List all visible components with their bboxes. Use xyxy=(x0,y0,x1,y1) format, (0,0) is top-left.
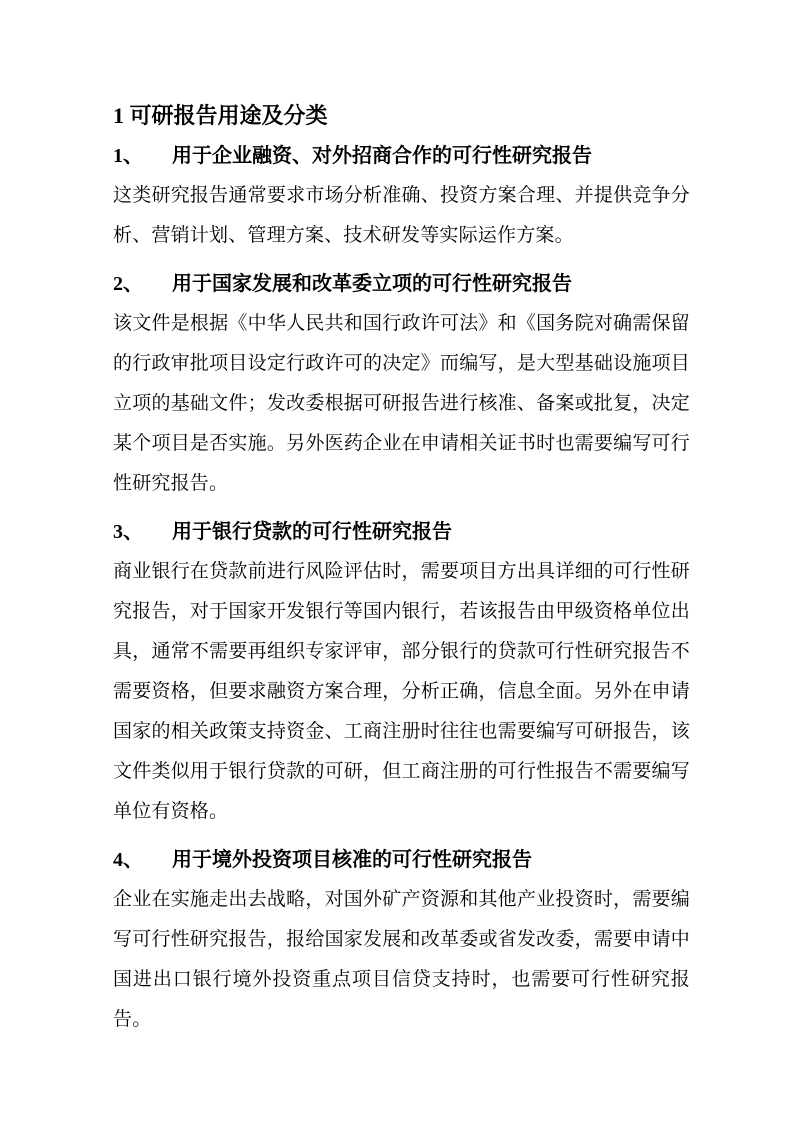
report-type-section: 2、用于国家发展和改革委立项的可行性研究报告 该文件是根据《中华人民共和国行政许… xyxy=(113,264,690,504)
sections-container: 1、用于企业融资、对外招商合作的可行性研究报告 这类研究报告通常要求市场分析准确… xyxy=(113,136,690,1040)
document-page: 1 可研报告用途及分类 1、用于企业融资、对外招商合作的可行性研究报告 这类研究… xyxy=(0,0,793,1122)
report-type-section: 1、用于企业融资、对外招商合作的可行性研究报告 这类研究报告通常要求市场分析准确… xyxy=(113,136,690,256)
section-heading-text: 用于企业融资、对外招商合作的可行性研究报告 xyxy=(172,145,592,167)
page-title: 1 可研报告用途及分类 xyxy=(113,96,690,136)
section-heading-text: 用于境外投资项目核准的可行性研究报告 xyxy=(172,849,532,871)
section-heading: 1、用于企业融资、对外招商合作的可行性研究报告 xyxy=(113,136,690,176)
report-type-section: 4、用于境外投资项目核准的可行性研究报告 企业在实施走出去战略，对国外矿产资源和… xyxy=(113,840,690,1040)
section-number: 4、 xyxy=(113,840,172,880)
section-paragraph: 商业银行在贷款前进行风险评估时，需要项目方出具详细的可行性研究报告，对于国家开发… xyxy=(113,552,690,832)
section-number: 2、 xyxy=(113,264,172,304)
section-heading: 3、用于银行贷款的可行性研究报告 xyxy=(113,512,690,552)
section-heading: 4、用于境外投资项目核准的可行性研究报告 xyxy=(113,840,690,880)
section-heading-text: 用于国家发展和改革委立项的可行性研究报告 xyxy=(172,273,572,295)
section-heading: 2、用于国家发展和改革委立项的可行性研究报告 xyxy=(113,264,690,304)
section-paragraph: 企业在实施走出去战略，对国外矿产资源和其他产业投资时，需要编写可行性研究报告，报… xyxy=(113,880,690,1040)
section-heading-text: 用于银行贷款的可行性研究报告 xyxy=(172,521,452,543)
section-paragraph: 该文件是根据《中华人民共和国行政许可法》和《国务院对确需保留的行政审批项目设定行… xyxy=(113,304,690,504)
document-content: 1 可研报告用途及分类 1、用于企业融资、对外招商合作的可行性研究报告 这类研究… xyxy=(113,96,690,1048)
report-type-section: 3、用于银行贷款的可行性研究报告 商业银行在贷款前进行风险评估时，需要项目方出具… xyxy=(113,512,690,832)
section-number: 3、 xyxy=(113,512,172,552)
section-paragraph: 这类研究报告通常要求市场分析准确、投资方案合理、并提供竞争分析、营销计划、管理方… xyxy=(113,176,690,256)
section-number: 1、 xyxy=(113,136,172,176)
